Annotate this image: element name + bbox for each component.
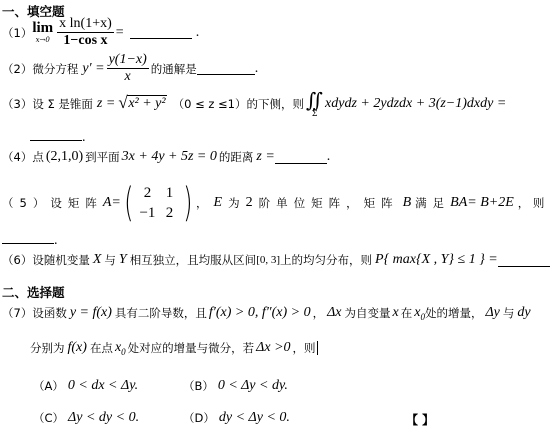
section-title-multiple-choice: 二、选择题: [2, 283, 65, 301]
question-7: （7） 设函数 y = f(x) 具有二阶导数，且 f′(x) > 0, f″(…: [2, 305, 531, 322]
option-label: （A）: [33, 378, 64, 394]
answer-blank[interactable]: [197, 62, 255, 75]
option-label: （C）: [33, 410, 64, 426]
question-2: （2） 微分方程 y′ = y(1−x) x 的通解是 .: [2, 52, 258, 85]
question-6: （6） 设随机变量 X 与 Y 相互独立，且均服从区间 [0, 3] 上的均匀分…: [2, 252, 550, 268]
answer-blank[interactable]: [130, 26, 192, 39]
option-d[interactable]: （D） dy < Δy < 0.: [183, 410, 290, 426]
limit-operator: lim x→0: [32, 21, 53, 44]
surface-integral: ∬ Σ: [306, 90, 323, 118]
question-label: （3）: [2, 96, 32, 112]
answer-blank[interactable]: [30, 128, 82, 141]
numerator: y(1−x): [107, 52, 149, 69]
left-paren-icon: (: [124, 183, 133, 223]
answer-blank[interactable]: [498, 254, 550, 267]
question-5: （5） 设矩阵 A= ( 2 1 −1 2 ) ， E 为 2 阶单位矩阵，矩阵…: [2, 183, 548, 223]
fraction: x ln(1+x) 1−cos x: [57, 16, 114, 49]
question-3-answer: .: [30, 128, 86, 146]
question-4: （4） 点 (2,1,0) 到平面 3x + 4y + 5z = 0 的距离 z…: [2, 149, 330, 165]
question-5-answer: .: [2, 231, 58, 249]
option-label: （B）: [183, 378, 214, 394]
question-label: （1）: [2, 25, 32, 41]
option-a[interactable]: （A） 0 < dx < Δy.: [33, 378, 138, 394]
option-c[interactable]: （C） Δy < dy < 0.: [33, 410, 139, 426]
radical-icon: √: [118, 93, 127, 113]
matrix-A: ( 2 1 −1 2 ): [121, 183, 196, 223]
denominator: 1−cos x: [61, 33, 109, 49]
question-label: （7）: [2, 305, 32, 321]
question-1: （1） lim x→0 x ln(1+x) 1−cos x = .: [2, 16, 199, 49]
denominator: x: [123, 69, 133, 85]
answer-bracket[interactable]: 【 】: [406, 411, 434, 428]
question-7-line-2: 分别为 f(x) 在点 x0 处对应的增量与微分，若 Δx >0 ，则: [30, 340, 318, 357]
fraction: y(1−x) x: [107, 52, 149, 85]
option-b[interactable]: （B） 0 < Δy < dy.: [183, 378, 288, 394]
double-integral-icon: ∬: [306, 90, 323, 110]
question-label: （4）: [2, 149, 32, 165]
option-label: （D）: [183, 410, 215, 426]
question-label: （5）: [2, 195, 50, 211]
question-label: （6）: [2, 252, 32, 268]
question-label: （2）: [2, 61, 32, 77]
right-paren-icon: ): [184, 183, 193, 223]
question-3: （3） 设 Σ 是锥面 z = √ x² + y² （0 ≤ z ≤1） 的下侧…: [2, 90, 506, 118]
square-root: √ x² + y²: [118, 96, 166, 112]
answer-blank[interactable]: [275, 151, 327, 164]
answer-blank[interactable]: [2, 231, 54, 244]
text-cursor: [317, 341, 318, 355]
numerator: x ln(1+x): [57, 16, 114, 33]
